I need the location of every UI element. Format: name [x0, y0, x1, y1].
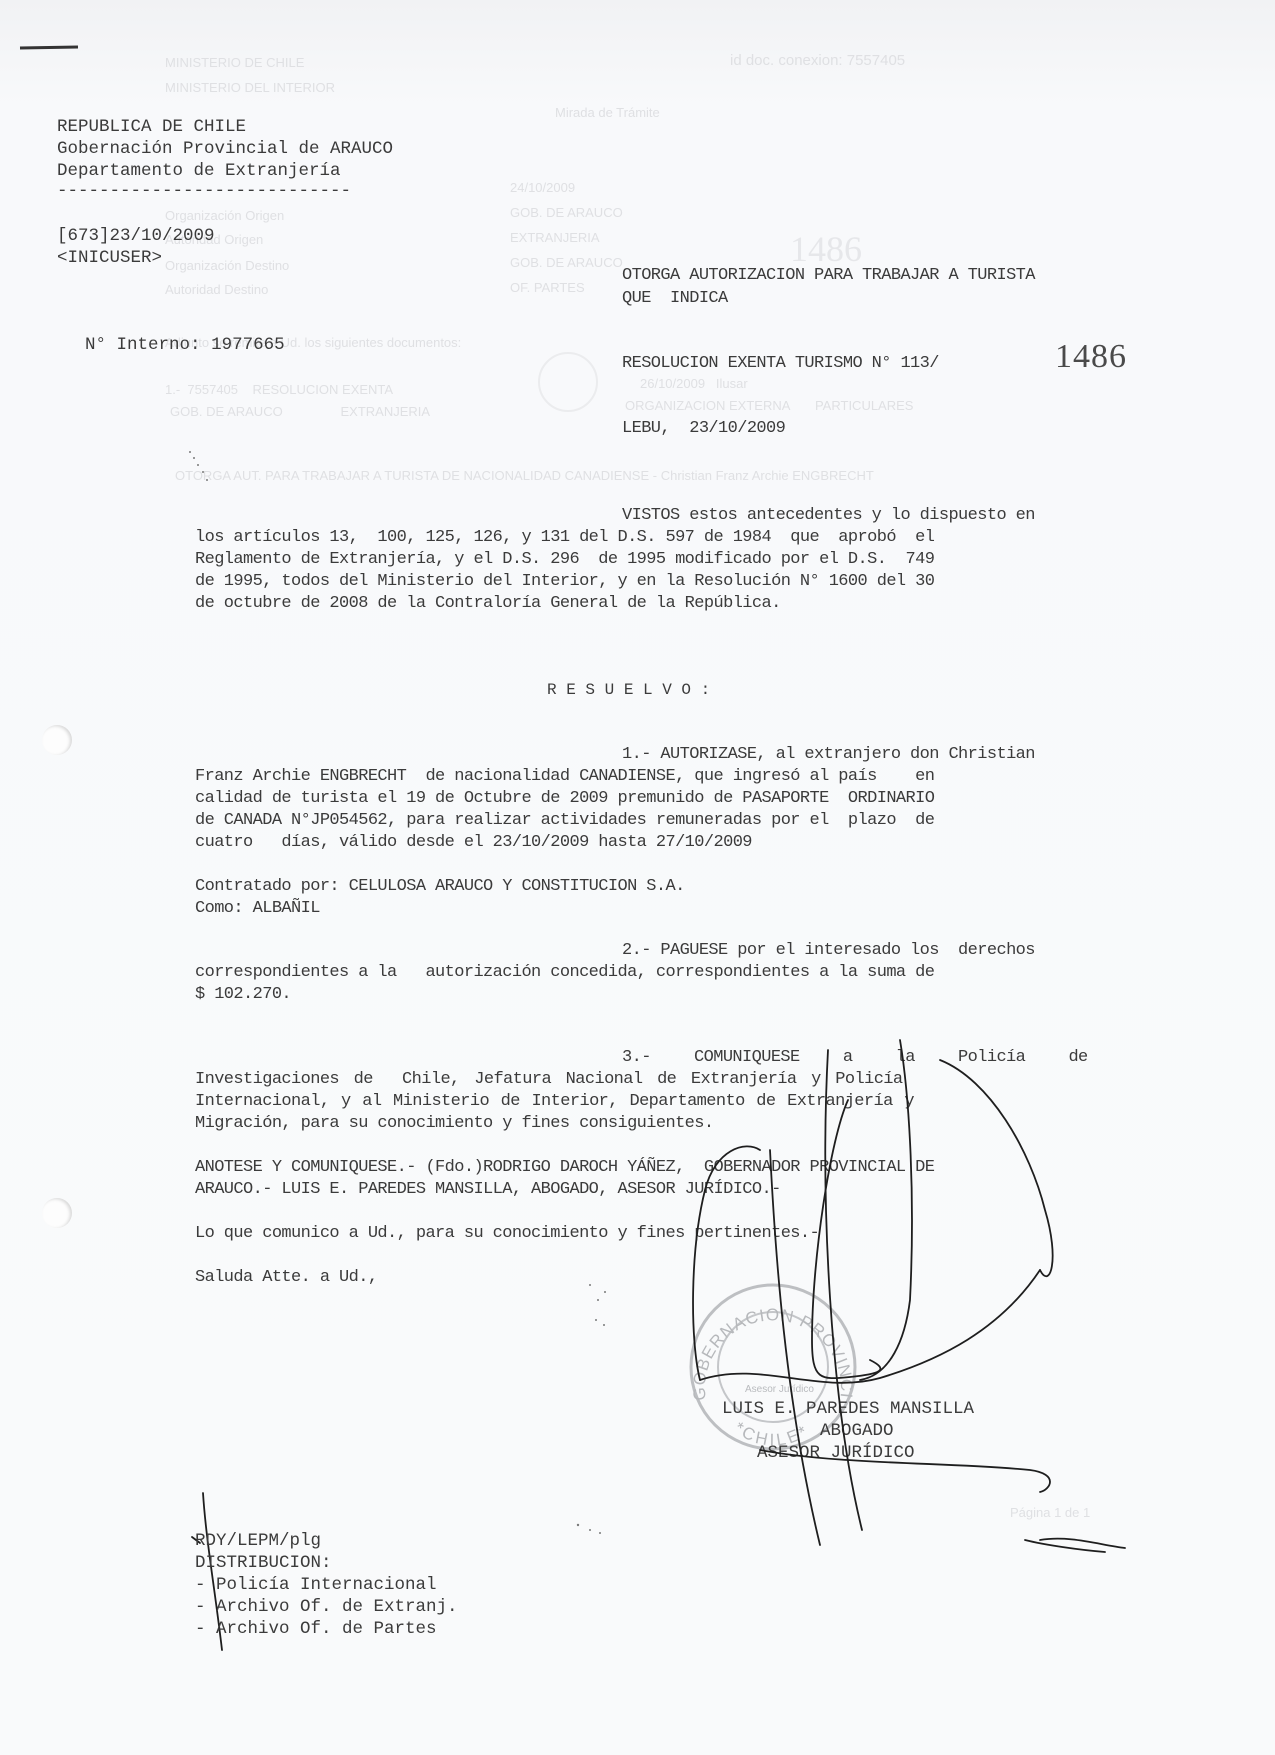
header-separator: ---------------------------- [57, 180, 351, 202]
ghost-text: GOB. DE ARAUCO EXTRANJERIA [170, 404, 430, 419]
ghost-text: MINISTERIO DEL INTERIOR [165, 80, 335, 95]
internal-number-label: N° Interno: [85, 335, 201, 355]
role: Como: ALBAÑIL [195, 898, 320, 920]
internal-number: N° Interno: 1977665 [43, 312, 285, 378]
ghost-text: ORGANIZACION EXTERNA PARTICULARES [625, 398, 913, 413]
resolution-line: calidad de turista el 19 de Octubre de 2… [195, 788, 934, 810]
resolution-line: $ 102.270. [195, 984, 291, 1006]
resolution-line: Investigaciones de Chile, Jefatura Nacio… [195, 1069, 903, 1091]
signatory-position: ASESOR JURÍDICO [757, 1442, 915, 1464]
header-country: REPUBLICA DE CHILE [57, 116, 246, 138]
distribution-label: DISTRIBUCION: [195, 1552, 332, 1574]
ghost-number: 1486 [790, 228, 862, 270]
ghost-text: EXTRANJERIA [510, 230, 600, 245]
resolution-line: Internacional, y al Ministerio de Interi… [195, 1091, 914, 1113]
vistos-line: VISTOS estos antecedentes y lo dispuesto… [622, 505, 1035, 527]
resolution-line: Franz Archie ENGBRECHT de nacionalidad C… [195, 766, 934, 788]
vistos-line: de octubre de 2008 de la Contraloría Gen… [195, 593, 781, 615]
ghost-text: Mirada de Trámite [555, 105, 660, 120]
vistos-line: de 1995, todos del Ministerio del Interi… [195, 571, 934, 593]
svg-text:Asesor Jurídico: Asesor Jurídico [745, 1384, 814, 1395]
ghost-text: 1.- 7557405 RESOLUCION EXENTA [165, 382, 393, 397]
ghost-text: Organización Origen [165, 208, 284, 223]
resolution-line: 1.- AUTORIZASE, al extranjero don Christ… [622, 744, 1035, 766]
signatory-title: ABOGADO [820, 1420, 894, 1442]
vistos-line: los artículos 13, 100, 125, 126, y 131 d… [195, 527, 934, 549]
ghost-text: 24/10/2009 [510, 180, 575, 195]
communicate-line: Lo que comunico a Ud., para su conocimie… [195, 1223, 819, 1245]
ghost-text: 26/10/2009 Ilusar [640, 376, 748, 391]
subject-line-2: QUE INDICA [622, 288, 728, 310]
header-department: Departamento de Extranjería [57, 160, 341, 182]
ghost-text: MINISTERIO DE CHILE [165, 55, 304, 70]
stamped-resolution-number: 1486 [1055, 338, 1127, 376]
ghost-text: GOB. DE ARAUCO [510, 205, 623, 220]
ghost-text: Autoridad Destino [165, 282, 268, 297]
resolution-line: correspondientes a la autorización conce… [195, 962, 934, 984]
resolution-line: de CANADA N°JP054562, para realizar acti… [195, 810, 934, 832]
scanned-document-page: MINISTERIO DE CHILE MINISTERIO DEL INTER… [0, 0, 1275, 1755]
resolution-label: RESOLUCION EXENTA TURISMO N° 113/ [622, 353, 939, 375]
header-office: Gobernación Provincial de ARAUCO [57, 138, 393, 160]
punch-hole [42, 725, 72, 755]
subject-line-1: OTORGA AUTORIZACION PARA TRABAJAR A TURI… [622, 265, 1035, 287]
ghost-text: GOB. DE ARAUCO [510, 255, 623, 270]
vistos-line: Reglamento de Extranjería, y el D.S. 296… [195, 549, 934, 571]
ghost-text: Página 1 de 1 [1010, 1505, 1090, 1520]
resolution-line: 2.- PAGUESE por el interesado los derech… [622, 940, 1035, 962]
distribution-item: - Archivo Of. de Extranj. [195, 1596, 458, 1618]
place-date: LEBU, 23/10/2009 [622, 418, 785, 440]
distribution-item: - Policía Internacional [195, 1574, 437, 1596]
resolution-line: 3.- COMUNIQUESE a la Policía de [622, 1047, 1088, 1069]
resolution-line: Migración, para su conocimiento y fines … [195, 1113, 714, 1135]
record-reference: [673]23/10/2009 [57, 225, 215, 247]
distribution-item: - Archivo Of. de Partes [195, 1618, 437, 1640]
resolution-line: cuatro días, válido desde el 23/10/2009 … [195, 832, 752, 854]
ghost-stamp [538, 352, 598, 412]
ghost-text: id doc. conexion: 7557405 [730, 52, 905, 69]
staple-mark [20, 45, 78, 49]
initials: RDY/LEPM/plg [195, 1530, 321, 1552]
ghost-text: OF. PARTES [510, 280, 585, 295]
internal-number-value: 1977665 [211, 335, 285, 355]
anotese-line: ARAUCO.- LUIS E. PAREDES MANSILLA, ABOGA… [195, 1179, 781, 1201]
salutation: Saluda Atte. a Ud., [195, 1267, 377, 1289]
ghost-text: Organización Destino [165, 258, 289, 273]
ghost-text: OTORGA AUT. PARA TRABAJAR A TURISTA DE N… [175, 468, 874, 483]
resuelvo-heading: R E S U E L V O : [547, 679, 710, 701]
user-tag: <INICUSER> [57, 247, 162, 269]
anotese-line: ANOTESE Y COMUNIQUESE.- (Fdo.)RODRIGO DA… [195, 1157, 934, 1179]
punch-hole [42, 1198, 72, 1228]
employer: Contratado por: CELULOSA ARAUCO Y CONSTI… [195, 876, 685, 898]
signatory-name: LUIS E. PAREDES MANSILLA [722, 1398, 974, 1420]
